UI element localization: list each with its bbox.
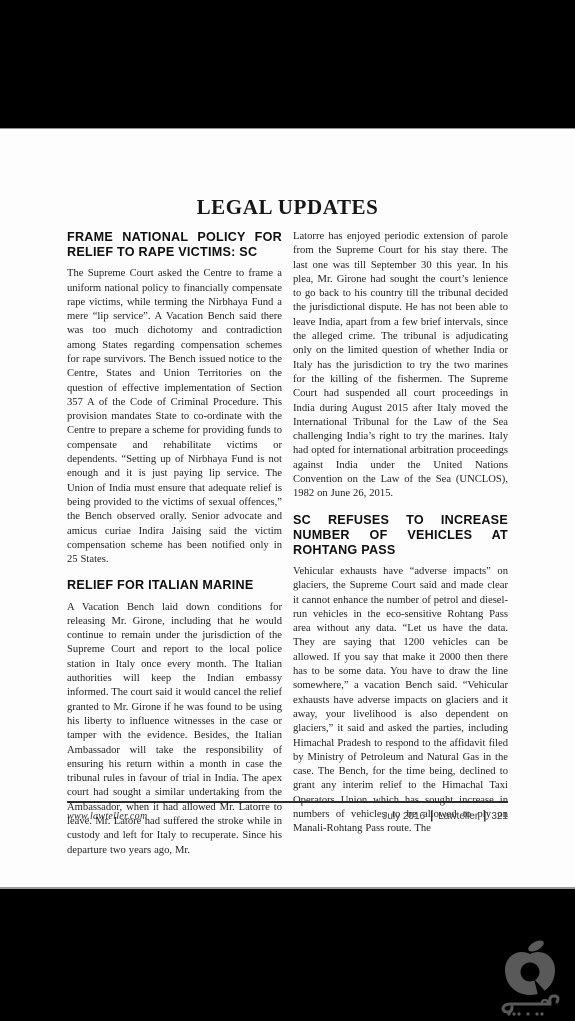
footer-issue-date: July 2016 — [382, 811, 425, 822]
footer-separator: | — [483, 810, 486, 822]
magazine-page[interactable]: LEGAL UPDATES FRAME NATIONAL POLICY FOR … — [0, 128, 575, 889]
article-heading: SC REFUSES TO INCREASE NUMBER OF VEHICLE… — [293, 513, 508, 558]
article-body: Latorre has enjoyed periodic extension o… — [293, 230, 508, 502]
article-heading: RELIEF FOR ITALIAN MARINE — [67, 578, 282, 593]
footer-magazine-name: Lawteller — [438, 811, 478, 822]
page-footer: www.lawteller.com July 2016|Lawteller|32… — [67, 801, 508, 822]
sibche-apple-logo-icon — [497, 938, 563, 1016]
article-body: Vehicular exhausts have “adverse impacts… — [293, 565, 508, 837]
footer-issue-info: July 2016|Lawteller|321 — [382, 810, 508, 822]
sibche-watermark — [497, 938, 563, 1016]
left-column: FRAME NATIONAL POLICY FOR RELIEF TO RAPE… — [67, 230, 282, 858]
article-body: The Supreme Court asked the Centre to fr… — [67, 267, 282, 567]
footer-separator: | — [430, 810, 433, 822]
page-content: LEGAL UPDATES FRAME NATIONAL POLICY FOR … — [67, 129, 508, 887]
footer-page-number: 321 — [491, 811, 508, 822]
article-rohtang-pass: SC REFUSES TO INCREASE NUMBER OF VEHICLE… — [293, 513, 508, 837]
page-title: LEGAL UPDATES — [67, 195, 508, 220]
article-heading: FRAME NATIONAL POLICY FOR RELIEF TO RAPE… — [67, 230, 282, 260]
article-italian-marine-continued: Latorre has enjoyed periodic extension o… — [293, 230, 508, 502]
footer-website: www.lawteller.com — [67, 811, 147, 822]
article-rape-victims-policy: FRAME NATIONAL POLICY FOR RELIEF TO RAPE… — [67, 230, 282, 567]
reader-viewport: { "colors": { "app_background": "#000000… — [0, 0, 575, 1021]
two-column-layout: FRAME NATIONAL POLICY FOR RELIEF TO RAPE… — [67, 230, 508, 858]
right-column: Latorre has enjoyed periodic extension o… — [293, 230, 508, 858]
